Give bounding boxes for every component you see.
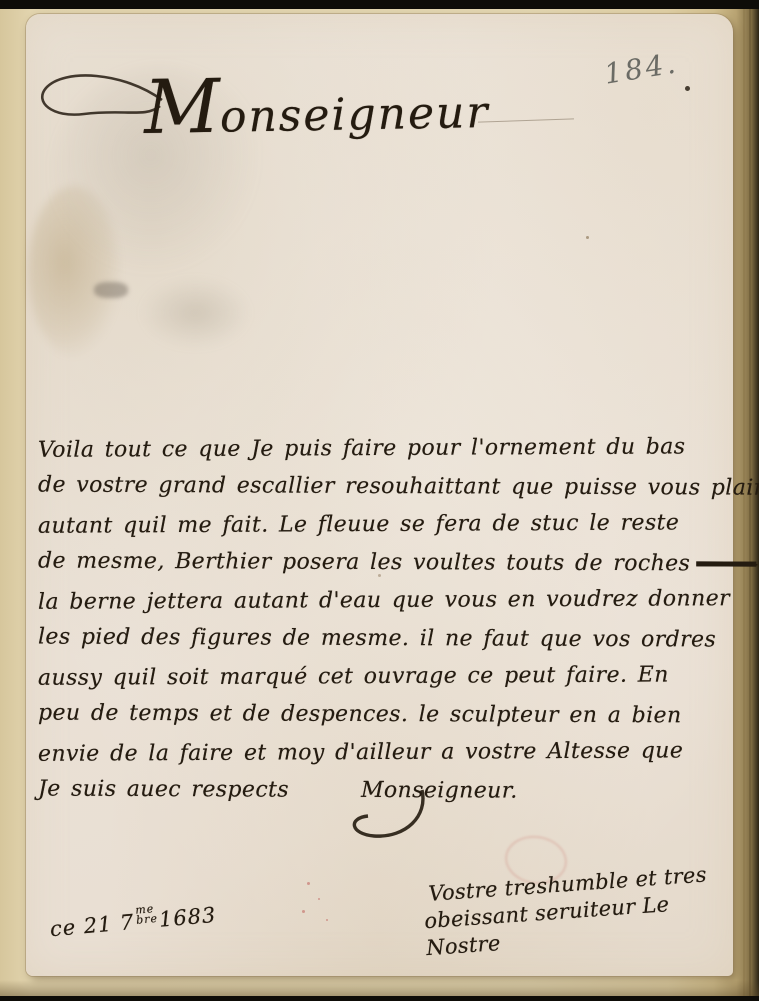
body-line-final: Je suis auec respectsMonseigneur.: [38, 771, 722, 812]
scanned-letter-photo: 184. Monseigneur Voila tout ce que Je pu…: [0, 0, 759, 1001]
struck-out-word: ———: [696, 551, 756, 576]
letter-sheet: 184. Monseigneur Voila tout ce que Je pu…: [26, 14, 733, 976]
paper-stain: [138, 276, 253, 350]
body-line-text: de mesme, Berthier posera les voultes to…: [38, 549, 690, 577]
closing-signature: Vostre treshumble et tres obeissant seru…: [428, 859, 743, 961]
folio-number: 184.: [602, 46, 681, 90]
page-bottom-shadow: [0, 980, 759, 996]
paper-stain: [28, 186, 120, 356]
body-line: de mesme, Berthier posera les voultes to…: [38, 543, 722, 584]
date-year: 1683: [158, 903, 217, 932]
ink-speck: [586, 236, 589, 239]
body-line: la berne jettera autant d'eau que vous e…: [38, 580, 722, 622]
final-line-salutation: Monseigneur.: [361, 778, 518, 804]
date-prefix: ce 21 7: [49, 910, 135, 941]
red-ink-fleck: [318, 898, 320, 900]
body-line: aussy quil soit marqué cet ouvrage ce pe…: [38, 656, 722, 698]
red-ink-fleck: [307, 882, 310, 885]
body-line: de vostre grand escallier resouhaittant …: [38, 467, 722, 508]
pen-hairline: [478, 118, 574, 122]
letter-body: Voila tout ce que Je puis faire pour l'o…: [38, 430, 722, 810]
body-line: envie de la faire et moy d'ailleur a vos…: [38, 732, 722, 774]
book-page-edge: [743, 9, 745, 996]
ink-speck: [685, 86, 690, 91]
paper-stain: [94, 282, 128, 298]
body-line: peu de temps et de despences. le sculpte…: [38, 695, 722, 736]
date-superscript: mebre: [135, 904, 158, 926]
body-line: Voila tout ce que Je puis faire pour l'o…: [38, 428, 722, 470]
book-page-edge: [749, 9, 751, 996]
red-ink-fleck: [326, 919, 328, 921]
body-line: autant quil me fait. Le fleuue se fera d…: [38, 504, 722, 546]
date-line: ce 21 7mebre1683: [49, 903, 218, 948]
red-ink-fleck: [302, 910, 305, 913]
salutation: Monseigneur: [143, 59, 490, 151]
body-line: les pied des figures de mesme. il ne fau…: [38, 619, 722, 660]
final-line-left: Je suis auec respects: [38, 777, 289, 803]
